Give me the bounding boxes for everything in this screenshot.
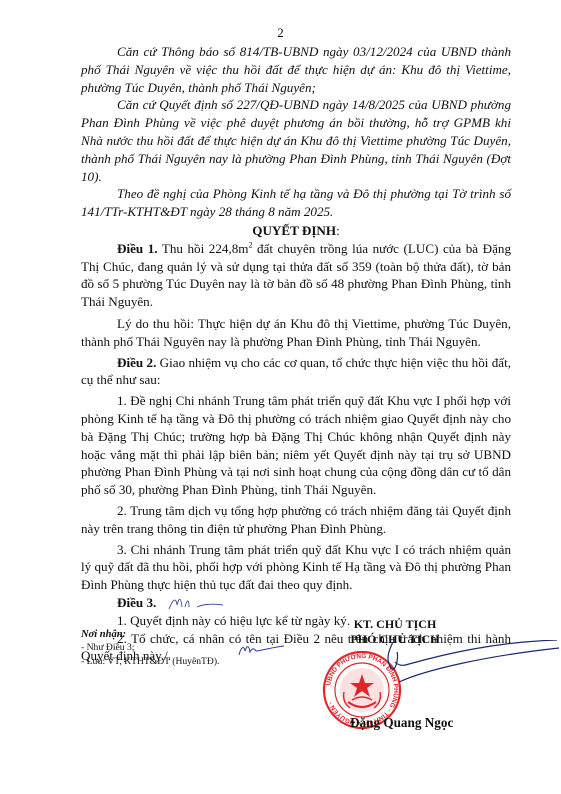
recipient-item: - Như Điều 3; — [81, 641, 219, 654]
page-number: 2 — [0, 25, 561, 41]
article-1-reason: Lý do thu hồi: Thực hiện dự án Khu đô th… — [81, 315, 511, 351]
recipient-item: - Lưu: VT, KTHT&ĐT (HuyênTĐ). — [81, 655, 219, 668]
article-2-item-3: 3. Chi nhánh Trung tâm phát triển quỹ đấ… — [81, 541, 511, 594]
document-body: Căn cứ Thông báo số 814/TB-UBND ngày 03/… — [81, 43, 511, 665]
article-1-label: Điều 1. — [117, 241, 158, 256]
preamble-proposal: Theo đề nghị của Phòng Kinh tế hạ tầng v… — [81, 185, 511, 221]
signer-name: Đặng Quang Ngọc — [350, 715, 453, 731]
preamble-notice: Căn cứ Thông báo số 814/TB-UBND ngày 03/… — [81, 43, 511, 96]
decision-heading: QUYẾT ĐỊNH: — [81, 222, 511, 240]
article-3-label: Điều 3. — [81, 594, 511, 612]
article-2: Điều 2. Giao nhiệm vụ cho các cơ quan, t… — [81, 354, 511, 390]
chairman-signature-icon — [385, 640, 561, 695]
signer-position-line1: KT. CHỦ TỊCH — [320, 617, 470, 632]
article-2-item-1: 1. Đề nghị Chi nhánh Trung tâm phát triể… — [81, 392, 511, 499]
article-2-label: Điều 2. — [117, 355, 156, 370]
preamble-decision-227: Căn cứ Quyết định số 227/QĐ-UBND ngày 14… — [81, 96, 511, 185]
recipients-title: Nơi nhận: — [81, 628, 219, 641]
initials-signature-icon — [167, 595, 227, 613]
article-1: Điều 1. Thu hồi 224,8m2 đất chuyên trồng… — [81, 240, 511, 311]
drafter-signature-icon — [236, 642, 286, 658]
article-2-item-2: 2. Trung tâm dịch vụ tổng hợp phường có … — [81, 502, 511, 538]
recipients-block: Nơi nhận: - Như Điều 3; - Lưu: VT, KTHT&… — [81, 628, 219, 668]
